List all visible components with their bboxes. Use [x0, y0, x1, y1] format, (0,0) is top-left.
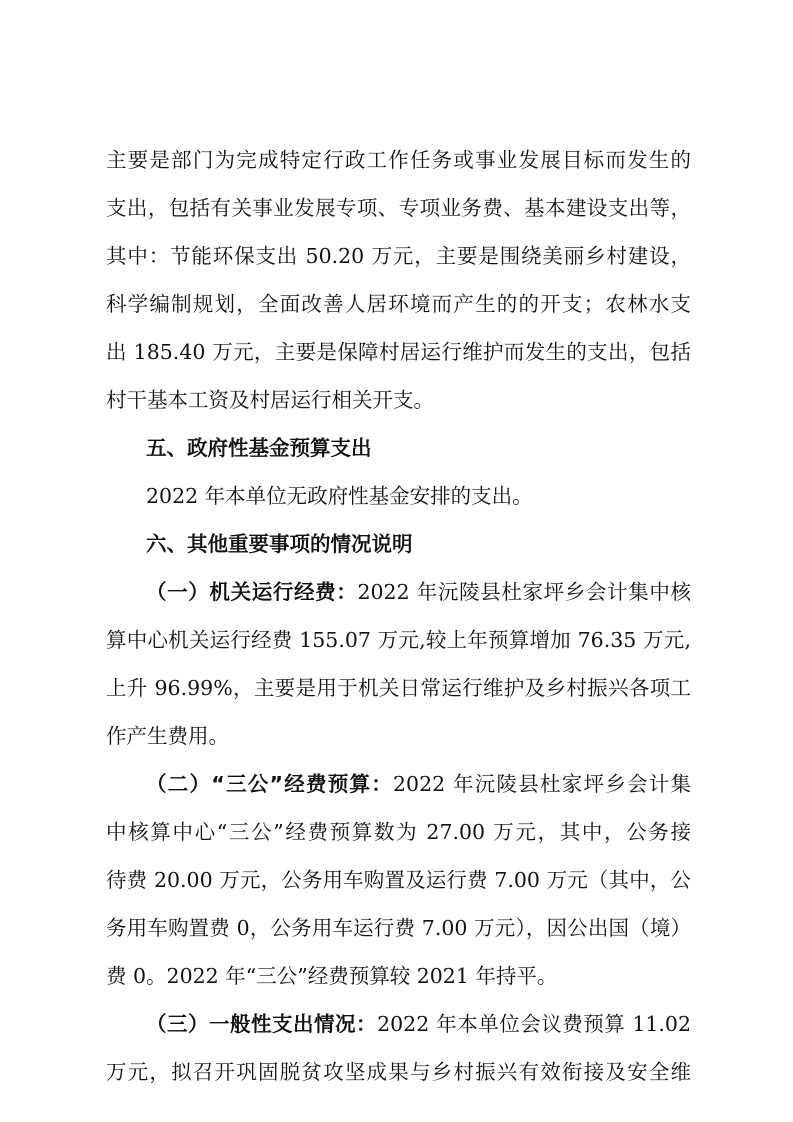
paragraph-line: 科学编制规划，全面改善人居环境而产生的的开支；农林水支	[106, 289, 691, 319]
section-heading-5: 五、政府性基金预算支出	[146, 433, 691, 463]
paragraph-line: 支出，包括有关事业发展专项、专项业务费、基本建设支出等，	[106, 193, 691, 223]
paragraph-line: 出 185.40 万元，主要是保障村居运行维护而发生的支出，包括	[106, 337, 691, 367]
paragraph-line: 万元，拟召开巩固脱贫攻坚成果与乡村振兴有效衔接及安全维	[106, 1057, 691, 1087]
paragraph-line: 中核算中心“三公”经费预算数为 27.00 万元，其中，公务接	[106, 817, 691, 847]
paragraph-line: 务用车购置费 0，公务用车运行费 7.00 万元），因公出国（境）	[106, 913, 691, 943]
paragraph-line: 主要是部门为完成特定行政工作任务或事业发展目标而发生的	[106, 145, 691, 175]
paragraph-line: 村干基本工资及村居运行相关开支。	[106, 385, 691, 415]
item-1-first-line: （一）机关运行经费：2022 年沅陵县杜家坪乡会计集中核	[146, 577, 691, 607]
section-heading-6: 六、其他重要事项的情况说明	[146, 529, 691, 559]
paragraph-line: 其中：节能环保支出 50.20 万元，主要是围绕美丽乡村建设，	[106, 241, 691, 271]
item-3-text: 2022 年本单位会议费预算 11.02	[377, 1012, 691, 1036]
item-2-text: 2022 年沅陵县杜家坪乡会计集	[393, 772, 691, 796]
paragraph-line: 待费 20.00 万元，公务用车购置及运行费 7.00 万元（其中，公	[106, 865, 691, 895]
paragraph-line: 费 0。2022 年“三公”经费预算较 2021 年持平。	[106, 961, 691, 991]
paragraph-line: 作产生费用。	[106, 721, 691, 751]
item-1-text: 2022 年沅陵县杜家坪乡会计集中核	[357, 580, 691, 604]
item-2-label: （二）“三公”经费预算：	[146, 772, 393, 796]
paragraph-line: 算中心机关运行经费 155.07 万元,较上年预算增加 76.35 万元,	[106, 625, 691, 655]
section-5-body: 2022 年本单位无政府性基金安排的支出。	[146, 481, 691, 511]
item-3-label: （三）一般性支出情况：	[146, 1012, 377, 1036]
item-2-first-line: （二）“三公”经费预算：2022 年沅陵县杜家坪乡会计集	[146, 769, 691, 799]
item-1-label: （一）机关运行经费：	[146, 580, 357, 604]
item-3-first-line: （三）一般性支出情况：2022 年本单位会议费预算 11.02	[146, 1009, 691, 1039]
document-page: 主要是部门为完成特定行政工作任务或事业发展目标而发生的 支出，包括有关事业发展专…	[0, 0, 793, 1122]
paragraph-line: 上升 96.99%，主要是用于机关日常运行维护及乡村振兴各项工	[106, 673, 691, 703]
